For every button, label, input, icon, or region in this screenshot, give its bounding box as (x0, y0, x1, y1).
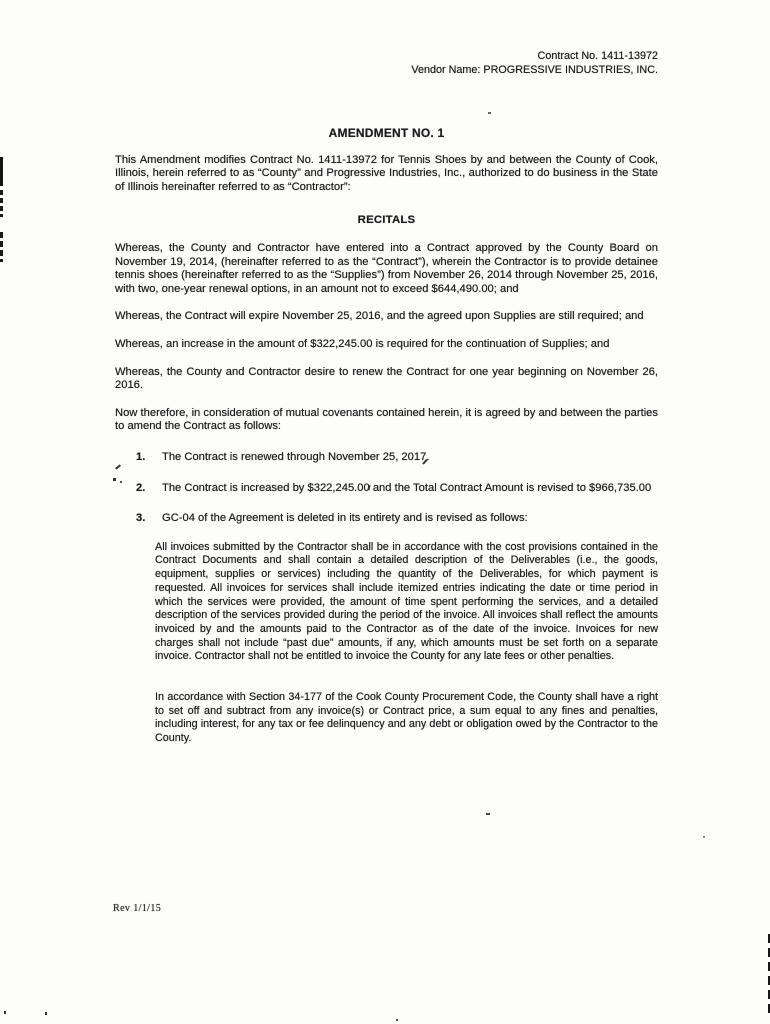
recital-paragraph-4: Whereas, the County and Contractor desir… (115, 366, 658, 393)
item-text: The Contract is renewed through November… (162, 451, 658, 465)
recital-paragraph-2: Whereas, the Contract will expire Novemb… (115, 310, 658, 324)
scan-speck (4, 1011, 6, 1014)
item-number: 2. (115, 482, 162, 496)
item-text: GC-04 of the Agreement is deleted in its… (162, 512, 658, 526)
contract-number: Contract No. 1411-13972 (115, 50, 658, 64)
scan-speck (396, 1019, 398, 1021)
amendment-list: 1. The Contract is renewed through Novem… (115, 451, 658, 526)
amendment-item-3: 3. GC-04 of the Agreement is deleted in … (115, 512, 658, 526)
invoice-clause-paragraph: All invoices submitted by the Contractor… (155, 541, 658, 664)
agreement-lead-paragraph: Now therefore, in consideration of mutua… (115, 407, 658, 434)
recitals-heading: RECITALS (115, 214, 658, 228)
item-text: The Contract is increased by $322,245.00… (162, 482, 658, 496)
vendor-name: Vendor Name: PROGRESSIVE INDUSTRIES, INC… (115, 64, 658, 78)
intro-paragraph: This Amendment modifies Contract No. 141… (115, 154, 658, 195)
scanned-contract-page: Contract No. 1411-13972 Vendor Name: PRO… (0, 0, 770, 1024)
scan-speck (45, 1012, 47, 1015)
amendment-item-2: 2. The Contract is increased by $322,245… (115, 482, 658, 496)
scan-speck (486, 813, 490, 815)
scan-speck (488, 112, 491, 114)
setoff-clause-paragraph: In accordance with Section 34-177 of the… (155, 691, 658, 746)
scan-speck (703, 836, 705, 838)
revision-footer: Rev 1/1/15 (113, 903, 161, 914)
item-number: 3. (115, 512, 162, 526)
amendment-item-1: 1. The Contract is renewed through Novem… (115, 451, 658, 465)
document-title: AMENDMENT NO. 1 (115, 126, 658, 140)
document-header: Contract No. 1411-13972 Vendor Name: PRO… (0, 0, 770, 78)
document-body: AMENDMENT NO. 1 This Amendment modifies … (0, 126, 770, 746)
recital-paragraph-1: Whereas, the County and Contractor have … (115, 242, 658, 296)
recital-paragraph-3: Whereas, an increase in the amount of $3… (115, 338, 658, 352)
item-number: 1. (115, 451, 162, 465)
